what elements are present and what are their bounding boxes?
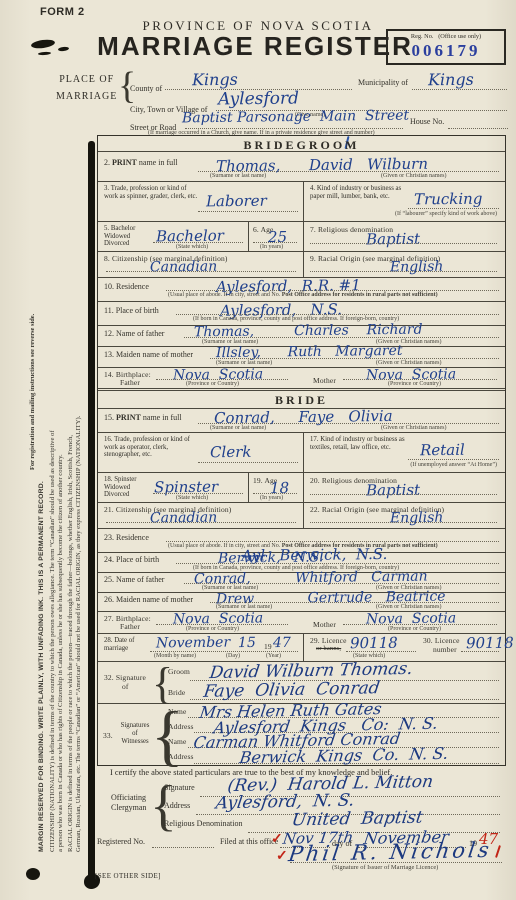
- field-number: 8.: [104, 254, 110, 263]
- sub-label: (Usual place of abode. If in city, stree…: [168, 543, 282, 549]
- witness-name-label: Name: [168, 707, 187, 716]
- field-number: 24.: [104, 555, 114, 564]
- field-label: name in full: [139, 158, 178, 167]
- field-number: 5.: [104, 225, 109, 232]
- place-label-line1: PLACE OF: [56, 71, 117, 88]
- mother-label: Mother: [313, 620, 336, 629]
- sub-label: (Given or Christian names): [381, 173, 446, 179]
- margin-instructions-mailing: For registration and mailing instruction…: [29, 140, 36, 470]
- margin-definition-racial-origin: RACIAL ORIGIN is defined in terms of the…: [67, 140, 84, 852]
- sub-label: (If born in Canada, province, county and…: [193, 316, 399, 322]
- ink-blot: [38, 52, 51, 56]
- field-label: PRINT: [112, 158, 137, 167]
- bride-religion-value: Baptist: [366, 481, 420, 500]
- field-label: Witnesses: [114, 738, 156, 746]
- clergy-denomination-value: United Baptist: [290, 808, 424, 831]
- groom-citizenship-value: Canadian: [150, 259, 217, 276]
- field-label: Licence: [322, 636, 347, 645]
- field-number: 7.: [310, 225, 316, 234]
- field-groom-mother: 13. Maiden name of mother Illsley, Ruth …: [98, 347, 505, 368]
- sub-label-bold: Post Office address for residents in rur…: [282, 543, 438, 549]
- field-number: 26.: [104, 595, 114, 604]
- witness-address-label: Address: [168, 752, 194, 761]
- field-number: 27.: [104, 614, 114, 623]
- field-label: of: [114, 730, 156, 738]
- margin-instructions-binding: MARGIN RESERVED FOR BINDING. WRITE PLAIN…: [38, 140, 45, 852]
- field-label: Maiden name of mother: [116, 595, 193, 604]
- bride-trade-value: Clerk: [210, 443, 252, 462]
- sub-label: (Given or Christian names): [376, 360, 441, 366]
- binding-margin-bar: [88, 141, 95, 886]
- ink-blot: [26, 868, 40, 880]
- field-number: 19.: [253, 476, 263, 485]
- field-number: 20.: [310, 476, 320, 485]
- sub-label: (State which): [353, 653, 385, 659]
- sub-label: (State which): [176, 244, 208, 250]
- field-bride-mother: 26. Maiden name of mother Drew Gertrude …: [98, 593, 505, 612]
- witness-address-label: Address: [168, 722, 194, 731]
- margin-line: a person who was born in Canada or who h…: [57, 140, 65, 852]
- county-field: County of Kings Municipality of Kings: [130, 78, 510, 96]
- groom-religion-value: Baptist: [366, 230, 420, 249]
- field-label: Signatures: [114, 722, 156, 730]
- year-prefix: 19: [264, 642, 272, 651]
- register-form-box: BRIDEGROOM 2. PRINT name in full Thomas,…: [97, 135, 506, 766]
- officiating-clergyman-label: Officiating Clergyman: [111, 793, 146, 812]
- field-label: of: [122, 682, 129, 691]
- sub-label: (Year): [266, 653, 281, 659]
- groom-trade-value: Laborer: [206, 192, 267, 211]
- margin-definition-citizenship: CITIZENSHIP (NATIONALITY) is defined in …: [49, 140, 66, 852]
- bride-signature: Faye Olivia Conrad: [202, 678, 381, 702]
- filed-label: Filed at this office: [220, 837, 278, 846]
- field-number: 2.: [104, 158, 110, 167]
- reg-no-office-label: (Office use only): [438, 33, 481, 40]
- field-label: Signature: [116, 673, 146, 682]
- field-groom-parents-birthplace: 14. Birthplace: Father Nova Scotia (Prov…: [98, 368, 505, 391]
- county-value: Kings: [192, 70, 238, 90]
- field-number: 17.: [310, 436, 319, 443]
- field-bride-name: 15. PRINT name in full Conrad, Faye Oliv…: [98, 409, 505, 433]
- field-number: 23.: [104, 533, 114, 542]
- field-label: Maiden name of mother: [116, 350, 193, 359]
- field-number: 3.: [104, 185, 109, 192]
- field-label: Kind of industry or business as paper mi…: [310, 185, 401, 200]
- field-label: name in full: [143, 413, 182, 422]
- field-witness-signatures: 33. Signatures of Witnesses { Name Mrs H…: [98, 704, 505, 767]
- ink-blot: [58, 46, 69, 51]
- field-label: Name of father: [116, 575, 164, 584]
- clergy-signature-label: Signature: [164, 783, 195, 792]
- field-label: Trade, profession or kind of work as spi…: [104, 185, 197, 200]
- bride-citizenship-value: Canadian: [150, 510, 217, 527]
- field-label: Residence: [116, 533, 149, 542]
- margin-line: For registration and mailing instruction…: [29, 140, 36, 470]
- street-value: Baptist Parsonage Main Street: [182, 108, 409, 127]
- field-number: 25.: [104, 575, 114, 584]
- sub-label: (Province or Country): [186, 381, 239, 387]
- marriage-register-scan: { "colors":{"paper":"#ebe6d6","ink":"#2e…: [0, 0, 516, 900]
- field-groom-trade-industry: 3. Trade, profession or kind of work as …: [98, 182, 505, 222]
- margin-line: RACIAL ORIGIN is defined in terms of the…: [67, 140, 75, 852]
- officiating-label-line1: Officiating: [111, 793, 146, 803]
- field-number: 29.: [310, 636, 320, 645]
- field-groom-name: 2. PRINT name in full Thomas, David Wilb…: [98, 152, 505, 182]
- form-number: FORM 2: [40, 6, 85, 18]
- field-bride-citizenship-racial: 21. Citizenship (see marginal definition…: [98, 503, 505, 529]
- field-label: Date of: [114, 637, 134, 644]
- marriage-day-value: 15: [238, 635, 256, 651]
- bridegroom-section-header: BRIDEGROOM: [98, 136, 505, 152]
- field-label: Place of birth: [116, 306, 159, 315]
- field-groom-status-age-religion: 5. Bachelor Widowed Divorced Bachelor (S…: [98, 222, 505, 252]
- field-label: number: [433, 645, 457, 654]
- ink-blot: [31, 38, 56, 49]
- field-number: 16.: [104, 436, 113, 443]
- father-label: Father: [120, 378, 140, 387]
- field-bride-parents-birthplace: 27. Birthplace: Father Nova Scotia (Prov…: [98, 612, 505, 634]
- field-number: 12.: [104, 329, 114, 338]
- county-label: County of: [130, 84, 162, 93]
- field-groom-residence: 10. Residence Aylesford, R.R. #1 (Usual …: [98, 278, 505, 302]
- field-number: 10.: [104, 282, 114, 291]
- register-title: MARRIAGE REGISTER: [90, 31, 420, 62]
- issuer-signature-caption: (Signature of Issuer of Marriage Licence…: [332, 864, 438, 871]
- marriage-month-value: November: [156, 635, 230, 652]
- bride-section-header: BRIDE: [98, 391, 505, 409]
- field-number: 11.: [104, 306, 114, 315]
- field-bride-status-age-religion: 18. Spinster Widowed Divorced Spinster (…: [98, 473, 505, 503]
- field-number: 13.: [104, 350, 114, 359]
- witness-name-label: Name: [168, 737, 187, 746]
- street-field: Street or Road Baptist Parsonage Main St…: [130, 117, 510, 135]
- field-number: 6.: [253, 225, 259, 234]
- registered-no-label: Registered No.: [97, 837, 145, 846]
- sub-label: (In years): [260, 495, 283, 501]
- sub-label: (Surname or last name): [216, 604, 272, 610]
- field-number: 33.: [103, 731, 113, 740]
- field-number: 4.: [310, 185, 315, 192]
- reg-no-box: Reg. No. (Office use only) 006179: [386, 29, 506, 65]
- red-checkmark: ✓: [276, 848, 288, 865]
- licence-number-value: 90118: [466, 634, 514, 653]
- struck-label: or banns,: [316, 645, 341, 652]
- margin-line: CITIZENSHIP (NATIONALITY) is defined in …: [49, 140, 57, 852]
- groom-racial-value: English: [390, 259, 444, 276]
- field-label: Bachelor Widowed Divorced: [104, 225, 135, 247]
- field-label: Kind of industry or business as textiles…: [310, 436, 405, 451]
- see-other-side-note: [SEE OTHER SIDE]: [95, 872, 161, 880]
- field-label: PRINT: [116, 413, 141, 422]
- sub-label: (If unemployed answer “At Home”): [410, 462, 497, 468]
- sub-label: (State which): [176, 495, 208, 501]
- field-number: 21.: [104, 505, 114, 514]
- groom-sig-label: Groom: [168, 667, 190, 676]
- marriage-year-value: 47: [273, 635, 291, 651]
- sub-label: (Given or Christian names): [381, 425, 446, 431]
- bride-title: BRIDE: [275, 393, 328, 407]
- field-label: Name of father: [116, 329, 164, 338]
- sub-label: (Day): [226, 653, 240, 659]
- bridegroom-title: BRIDEGROOM: [243, 138, 359, 152]
- field-number: 15.: [104, 413, 114, 422]
- sub-label: (Usual place of abode. If in city, stree…: [168, 292, 282, 298]
- bride-racial-value: English: [390, 510, 444, 527]
- field-label: Residence: [116, 282, 149, 291]
- licence-value: 90118: [350, 634, 398, 653]
- reg-no-value: 006179: [388, 41, 504, 61]
- sub-label: (Surname or last name): [216, 360, 272, 366]
- sub-label: (If “labourer” specify kind of work abov…: [395, 211, 497, 217]
- sub-label: (Province or Country): [388, 381, 441, 387]
- city-value: Aylesford: [218, 89, 299, 110]
- clergy-address-label: Address: [164, 801, 190, 810]
- sub-label: (In years): [260, 244, 283, 250]
- field-label: Trade, profession or kind of work as ope…: [104, 436, 190, 458]
- mother-label: Mother: [313, 376, 336, 385]
- place-label-line2: MARRIAGE: [56, 88, 117, 105]
- field-number: 32.: [104, 673, 114, 682]
- field-number: 30.: [423, 636, 433, 645]
- field-groom-citizenship-racial: 8. Citizenship (see marginal definition)…: [98, 252, 505, 278]
- field-label: Licence: [435, 636, 460, 645]
- field-number: 28.: [104, 637, 113, 644]
- municipality-value: Kings: [428, 70, 474, 90]
- field-number: 22.: [310, 505, 320, 514]
- reg-no-label: Reg. No.: [411, 33, 434, 40]
- place-of-marriage-label: PLACE OF MARRIAGE: [56, 71, 117, 105]
- margin-line: German, Russian, Ukrainian, etc. The ter…: [75, 140, 83, 852]
- clergy-denomination-label: Religious Denomination: [164, 819, 242, 828]
- bride-industry-value: Retail: [420, 441, 465, 460]
- field-number: 9.: [310, 254, 316, 263]
- sub-label: (Province or Country): [186, 626, 239, 632]
- field-label: marriage: [104, 645, 128, 652]
- groom-industry-value: Trucking: [414, 190, 483, 209]
- sub-label: (Given or Christian names): [376, 604, 441, 610]
- field-label: Place of birth: [116, 555, 159, 564]
- sub-label: (Surname or last name): [210, 425, 266, 431]
- sub-label: (Province or Country): [388, 626, 441, 632]
- field-number: 18.: [104, 476, 113, 483]
- sub-label: (Surname or last name): [210, 173, 266, 179]
- sub-label-bold: Post Office address for residents in rur…: [282, 292, 438, 298]
- margin-line: MARGIN RESERVED FOR BINDING. WRITE PLAIN…: [38, 140, 45, 852]
- officiating-label-line2: Clergyman: [111, 803, 146, 813]
- father-label: Father: [120, 622, 140, 631]
- field-number: 14.: [104, 370, 114, 379]
- field-bride-trade-industry: 16. Trade, profession or kind of work as…: [98, 433, 505, 473]
- house-no-label: House No.: [410, 117, 444, 126]
- municipality-label: Municipality of: [358, 78, 408, 87]
